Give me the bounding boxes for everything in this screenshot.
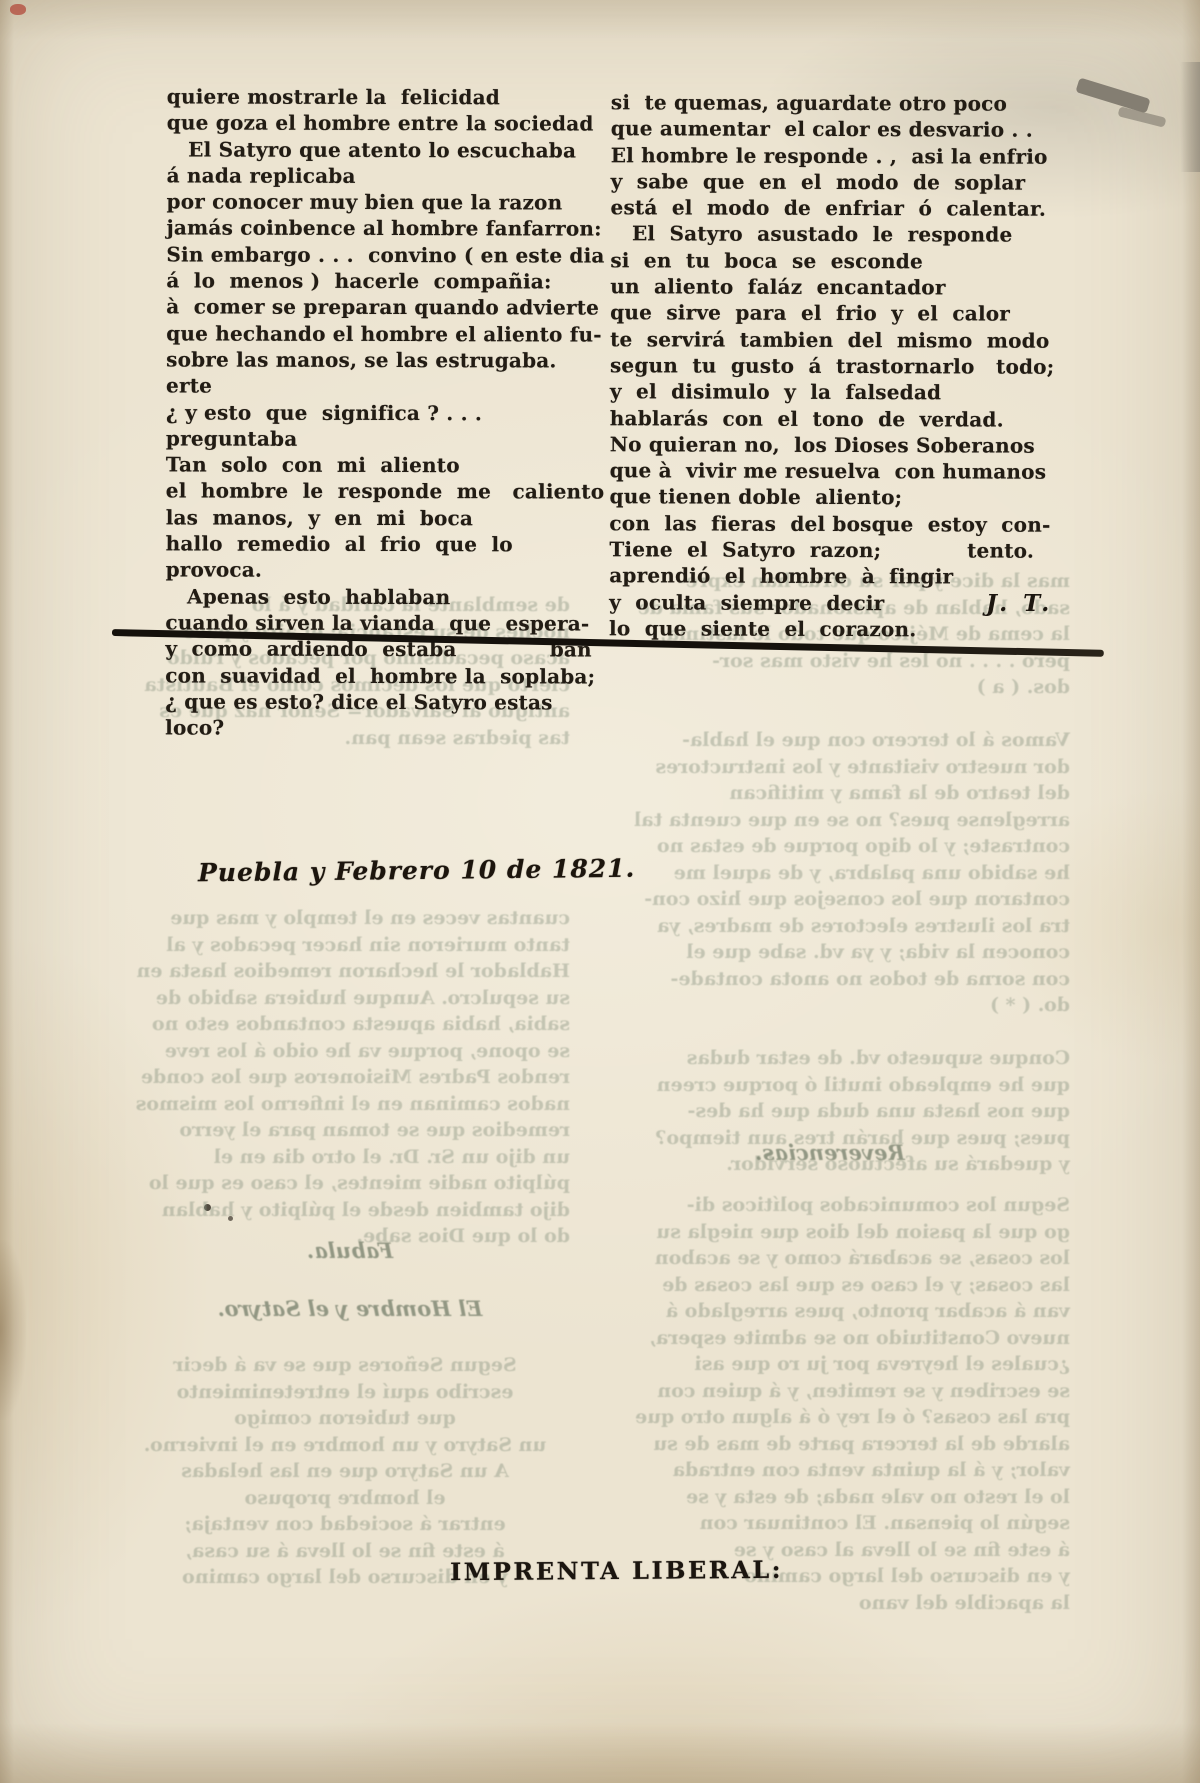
poem-line: el hombre le responde me caliento <box>166 478 608 505</box>
poem-line: las manos, y en mi boca <box>166 504 608 531</box>
poem-line: que goza el hombre entre la sociedad <box>167 110 609 137</box>
poem-line: y el disimulo y la falsedad <box>610 378 1070 406</box>
ghost-line <box>598 701 1070 728</box>
poem-line: y sabe que en el modo de soplar <box>611 168 1071 196</box>
ghost-line: la apacible del vano <box>598 1590 1070 1617</box>
ghost-line: Vamos á lo tercero con que el habla- <box>598 727 1070 754</box>
ghost-line: según lo piensan. El continuar con <box>598 1510 1070 1537</box>
ghost-line: se escriben y se remiten, y á quien con <box>598 1378 1070 1405</box>
ghost-line: valor; y á la quinta venta con entrada <box>598 1457 1070 1484</box>
poem-line: sobre las manos, se las estrugaba. erte <box>166 346 608 400</box>
bleedthrough-right-upper: mas la dice y por su otras han expre-sad… <box>598 568 1070 1178</box>
poem-line: No quieran no, los Dioses Soberanos <box>610 431 1070 459</box>
ghost-line: alarde de la tercera parte de mas de su <box>598 1431 1070 1458</box>
poem-line: lo que siente el corazon. <box>609 615 1069 643</box>
ghost-line: dos. ( a ) <box>598 674 1070 701</box>
ghost-line: ¿cuales el heyreva por ju ro que asi <box>598 1351 1070 1378</box>
poem-line: Sin embargo . . . convino ( en este dia <box>166 241 608 268</box>
ghost-line: nados caminan en el infierno los mismos <box>104 1091 570 1118</box>
poem-line: si en tu boca se esconde <box>610 247 1070 275</box>
edge-stain <box>0 1240 26 1420</box>
ghost-line: Segun Señores que se va á decir <box>130 1352 560 1379</box>
poem-line: á nada replicaba <box>167 162 609 189</box>
ghost-line: Segun los comunicados políticos di- <box>598 1192 1070 1219</box>
ghost-line: dor nuestro visitante y los instructores <box>598 754 1070 781</box>
bleedthrough-heading-title: El Hombre y el Satyro. <box>150 1296 550 1321</box>
poem-line: que sirve para el frio y el calor <box>610 300 1070 328</box>
poem-column-right: si te quemas, aguardate otro pocoque aum… <box>609 89 1071 643</box>
poem-line: con suavidad el hombre la soplaba; <box>165 662 607 689</box>
poem-line: à comer se preparan quando advierte <box>166 294 608 321</box>
ghost-line: que tubieron comigo <box>130 1405 560 1432</box>
poem-line: El Satyro que atento lo escuchaba <box>167 136 609 163</box>
ghost-line: cuantas veces en el templo y mas que <box>104 905 570 932</box>
poem-line: Tiene el Satyro razon; tento. <box>609 536 1069 564</box>
ghost-line: entrar á sociedad con ventaja; <box>130 1511 560 1538</box>
ghost-line: que he empleado inutil ó porque creen <box>598 1072 1070 1099</box>
ghost-line: tanto murieron sin hacer pecados y al <box>104 932 570 959</box>
red-ink-stain <box>10 4 26 15</box>
ghost-line: Hablador le hecharon remedios hasta en <box>104 958 570 985</box>
ghost-line: los cosas, se acabará como y se acabon <box>598 1245 1070 1272</box>
poem-line: ¿ y esto que significa ? . . . preguntab… <box>166 399 608 453</box>
ghost-line: go que la pasion del dios que niegla su <box>598 1219 1070 1246</box>
dateline: Puebla y Febrero 10 de 1821. <box>198 854 636 888</box>
poem-line: está el modo de enfriar ó calentar. <box>611 194 1071 222</box>
ghost-line: un dijo un Sr. Dr. el otro dia en el <box>104 1144 570 1171</box>
ghost-line: van á acabar pronto, pues arreglado á <box>598 1298 1070 1325</box>
ghost-line: su sepulcro. Aunque hubiera sabido de <box>104 985 570 1012</box>
bleedthrough-right-lower: Segun los comunicados políticos di-go qu… <box>598 1192 1070 1616</box>
poem-line: jamás coinbence al hombre fanfarron: <box>166 215 608 242</box>
poem-line: que à vivir me resuelva con humanos <box>610 457 1070 485</box>
poem-line: por conocer muy bien que la razon <box>167 189 609 216</box>
ghost-line: del teatro de la fama y mitifican <box>598 780 1070 807</box>
ghost-line <box>598 1019 1070 1046</box>
ghost-line: escribo aquí el entretenimiento <box>130 1379 560 1406</box>
poem-line: Apenas esto hablaban <box>165 583 607 610</box>
ghost-line: conocen la vida; y ya vd. sabe que el <box>598 939 1070 966</box>
ghost-line: he sabido una palabra, y de aquel me <box>598 860 1070 887</box>
poem-line: con las fieras del bosque estoy con- <box>609 510 1069 538</box>
author-signature: J. T. <box>986 590 1053 617</box>
poem-line: á lo menos ) hacerle compañia: <box>166 268 608 295</box>
poem-line: si te quemas, aguardate otro poco <box>611 89 1071 117</box>
ghost-line: el hombre propuso <box>130 1485 560 1512</box>
ghost-line: A un Satyro que en las heladas <box>130 1458 560 1485</box>
ghost-line: remedios que se toman para el yerro <box>104 1117 570 1144</box>
poem-line: Tan solo con mi aliento <box>166 452 608 479</box>
ghost-line: que nos hasta una duda que ha des- <box>598 1098 1070 1125</box>
ghost-line: con sorna de todos no anota contade- <box>598 966 1070 993</box>
poem-line: que hechando el hombre el aliento fu- <box>166 320 608 347</box>
printer-imprint: IMPRENTA LIBERAL: <box>450 1555 783 1586</box>
poem-line: un aliento faláz encantador <box>610 273 1070 301</box>
ghost-line: un Satyro y un hombre en el invierno. <box>130 1432 560 1459</box>
ghost-line: pra las cosas? ó el rey ó á algun otro q… <box>598 1404 1070 1431</box>
bleedthrough-left-mid: cuantas veces en el templo y mas quetant… <box>104 905 570 1250</box>
ghost-line: rendos Padres Misioneros que los conde <box>104 1064 570 1091</box>
ghost-line: nuevo Constituido no se admite espera, <box>598 1325 1070 1352</box>
poem-line: hallo remedio al frio que lo provoca. <box>166 530 608 584</box>
bleedthrough-left-verses: Segun Señores que se va á decirescribo a… <box>130 1352 560 1591</box>
poem-line: te servirá tambien del mismo modo <box>610 326 1070 354</box>
ghost-line: las cosas; y el caso es que las cosas de <box>598 1272 1070 1299</box>
ghost-line: arreglense pues? no se en que cuenta tal <box>598 807 1070 834</box>
poem-line: que tienen doble aliento; <box>609 484 1069 512</box>
ghost-line: púlpito nadie mientes, el caso es que lo <box>104 1170 570 1197</box>
poem-line: hablarás con el tono de verdad. <box>610 405 1070 433</box>
poem-line: quiere mostrarle la felicidad <box>167 83 609 110</box>
poem-line: que aumentar el calor es desvario . . <box>611 115 1071 143</box>
ghost-line: se opone, porque va he oido á los reve <box>104 1038 570 1065</box>
ghost-line: contaron que los consejos que hizo con- <box>598 886 1070 913</box>
poem-line: ¿ que es esto? dice el Satyro estas loco… <box>165 688 607 742</box>
ghost-line: tra los ilustres electores de madres, ya <box>598 913 1070 940</box>
ghost-line: do. ( * ) <box>598 992 1070 1019</box>
ghost-line: contraste; y lo digo porque de estas no <box>598 833 1070 860</box>
ghost-line: dijo tambien desde el púlpito y hablan <box>104 1197 570 1224</box>
edge-shadow <box>1180 62 1200 172</box>
ghost-line: sabia, habia apuesta contandos esto no <box>104 1011 570 1038</box>
bleedthrough-heading-fabula: Fabula. <box>150 1238 550 1263</box>
ghost-line: lo el resto no vale nada; de esta y se <box>598 1484 1070 1511</box>
poem-line: El hombre le responde . , asi la enfrio <box>611 142 1071 170</box>
bleedthrough-heading-reverencias: Reverencias. <box>640 1140 1020 1165</box>
corner-smudge-icon <box>1075 78 1150 114</box>
poem-line: segun tu gusto á trastornarlo todo; <box>610 352 1070 380</box>
scanned-broadside-page: de semblante la caridad y á lonoches de … <box>0 0 1200 1783</box>
poem-line: aprendió el hombre à fingir <box>609 563 1069 591</box>
ghost-line: Conque supuesto vd. de estar dudas <box>598 1045 1070 1072</box>
poem-line: El Satyro asustado le responde <box>610 221 1070 249</box>
